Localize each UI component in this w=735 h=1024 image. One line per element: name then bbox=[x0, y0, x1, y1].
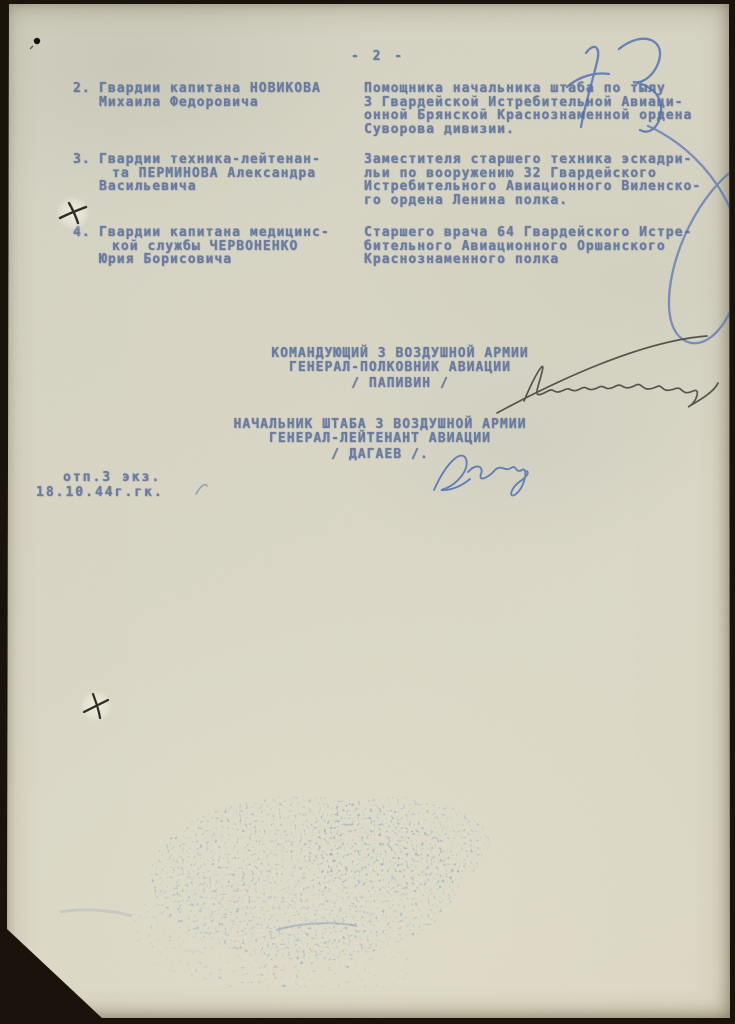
entry-position-column: Помощника начальника штаба по тылу 3 Гва… bbox=[364, 82, 692, 136]
text-line: Старшего врача 64 Гвардейского Истре- bbox=[364, 226, 692, 240]
document-page: - 2 - 2. Гвардии капитана НОВИКОВА Михаи… bbox=[0, 0, 735, 1024]
pen-tick-mark bbox=[196, 485, 207, 494]
copies-note: отп.3 экз. 18.10.44г.гк. bbox=[36, 470, 164, 500]
commander-signature-block: КОМАНДУЮЩИЙ 3 ВОЗДУШНОЙ АРМИИ ГЕНЕРАЛ-ПО… bbox=[220, 347, 580, 391]
text-line: ГЕНЕРАЛ-ЛЕЙТЕНАНТ АВИАЦИИ bbox=[185, 432, 575, 446]
text-line: Помощника начальника штаба по тылу bbox=[364, 82, 692, 96]
entry-position-column: Старшего врача 64 Гвардейского Истре- би… bbox=[364, 226, 692, 267]
text-line: го ордена Ленина полка. bbox=[364, 194, 701, 208]
entry-ordinal: 3. bbox=[73, 153, 91, 167]
text-line: отп.3 экз. bbox=[63, 470, 164, 485]
text-line: Гвардии капитана медицинс- bbox=[99, 226, 330, 240]
entry-name-column: Гвардии техника-лейтенан- та ПЕРМИНОВА А… bbox=[99, 153, 321, 194]
text-line: Юрия Борисовича bbox=[99, 253, 330, 267]
page-number: - 2 - bbox=[351, 50, 405, 64]
ink-smudge-stamp bbox=[60, 796, 490, 995]
puncture-dot bbox=[30, 38, 40, 49]
text-line: кой службы ЧЕРВОНЕНКО bbox=[112, 240, 330, 254]
text-line: Гвардии техника-лейтенан- bbox=[99, 153, 321, 167]
text-line: Гвардии капитана НОВИКОВА bbox=[99, 82, 321, 96]
text-line: Васильевича bbox=[99, 180, 321, 194]
text-line: Истребительного Авиационного Виленско- bbox=[364, 180, 701, 194]
entry-ordinal: 2. bbox=[73, 82, 91, 96]
text-line: НАЧАЛЬНИК ШТАБА 3 ВОЗДУШНОЙ АРМИИ bbox=[185, 418, 575, 432]
text-line: / ДАГАЕВ /. bbox=[185, 448, 575, 462]
entry-name-column: Гвардии капитана медицинс- кой службы ЧЕ… bbox=[99, 226, 330, 267]
chief-of-staff-signature-block: НАЧАЛЬНИК ШТАБА 3 ВОЗДУШНОЙ АРМИИ ГЕНЕРА… bbox=[185, 418, 575, 462]
text-line: Заместителя старшего техника эскадри- bbox=[364, 153, 701, 167]
text-line: Краснознаменного полка bbox=[364, 253, 692, 267]
text-line: 18.10.44г.гк. bbox=[36, 485, 164, 500]
text-line: / ПАПИВИН / bbox=[220, 377, 580, 391]
pin-tear-hole bbox=[80, 690, 112, 722]
entry-ordinal: 4. bbox=[73, 226, 91, 240]
text-line: КОМАНДУЮЩИЙ 3 ВОЗДУШНОЙ АРМИИ bbox=[220, 347, 580, 361]
text-line: Суворова дивизии. bbox=[364, 123, 692, 137]
text-line: ГЕНЕРАЛ-ПОЛКОВНИК АВИАЦИИ bbox=[220, 361, 580, 375]
scan-background: - 2 - 2. Гвардии капитана НОВИКОВА Михаи… bbox=[0, 0, 735, 1024]
text-line: бительного Авиационного Оршанского bbox=[364, 240, 692, 254]
entry-position-column: Заместителя старшего техника эскадри- ль… bbox=[364, 153, 701, 207]
text-line: Михаила Федоровича bbox=[99, 96, 321, 110]
text-line: онной Брянской Краснознаменной ордена bbox=[364, 109, 692, 123]
entry-name-column: Гвардии капитана НОВИКОВА Михаила Федоро… bbox=[99, 82, 321, 109]
text-line: та ПЕРМИНОВА Александра bbox=[112, 167, 321, 181]
